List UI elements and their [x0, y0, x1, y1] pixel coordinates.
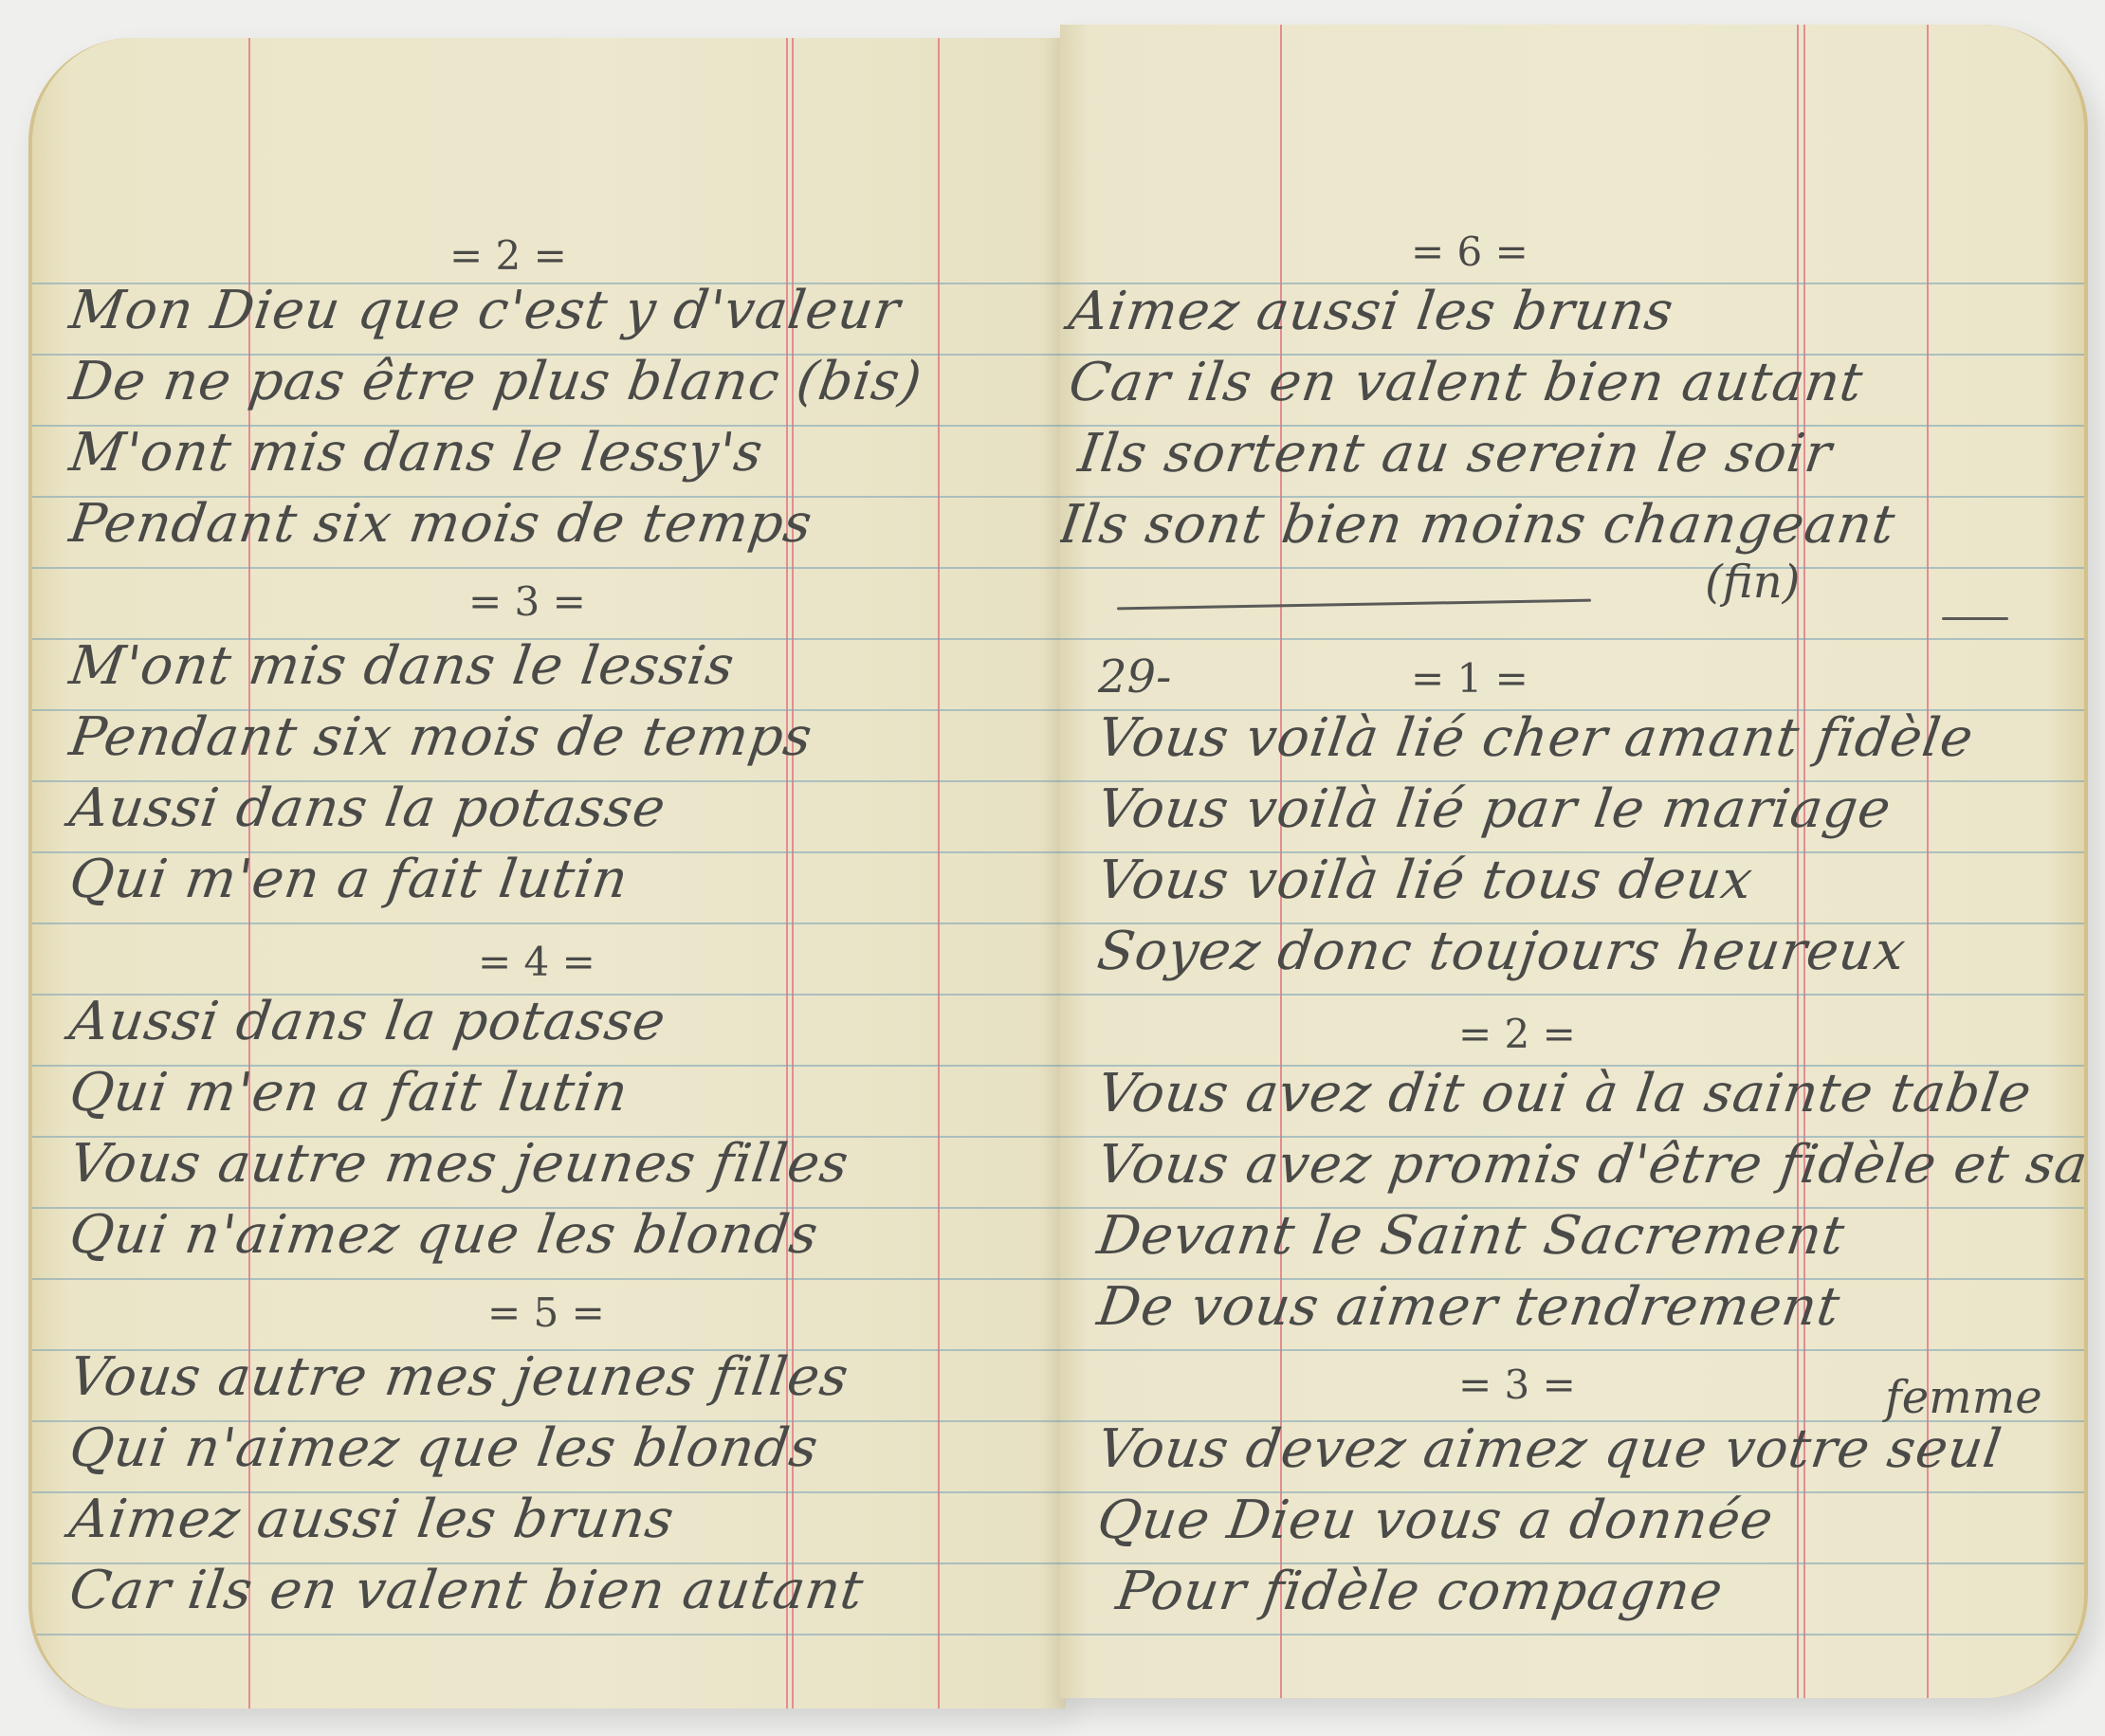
- verse-line: Qui n'aimez que les blonds: [65, 1417, 822, 1479]
- verse-line: Mon Dieu que c'est y d'valeur: [65, 280, 904, 341]
- stanza-number: = 6 =: [1411, 228, 1528, 275]
- verse-line: Ils sortent au serein le soir: [1074, 423, 1836, 484]
- ruled-line: [32, 567, 1066, 569]
- verse-line: Aimez aussi les bruns: [65, 1489, 678, 1550]
- stanza-number: = 5 =: [487, 1289, 605, 1336]
- verse-line: M'ont mis dans le lessis: [65, 635, 738, 697]
- verse-line: Vous autre mes jeunes filles: [65, 1133, 852, 1195]
- verse-line: M'ont mis dans le lessy's: [65, 422, 766, 484]
- stanza-number: = 3 =: [468, 578, 586, 625]
- ruled-line: [1060, 994, 2084, 996]
- verse-line: Devant le Saint Sacrement: [1093, 1205, 1848, 1267]
- margin-word: femme: [1885, 1371, 2042, 1424]
- ruled-line: [1060, 638, 2084, 640]
- ruled-line: [32, 1278, 1066, 1280]
- verse-line: Pour fidèle compagne: [1112, 1561, 1727, 1622]
- separator-stroke: [1117, 599, 1591, 611]
- verse-line: Pendant six mois de temps: [65, 493, 816, 555]
- separator-stroke: [1942, 617, 2008, 620]
- verse-line: Pendant six mois de temps: [65, 706, 816, 768]
- stanza-number: = 2 =: [1458, 1011, 1576, 1057]
- margin-line: [938, 38, 940, 1709]
- stanza-number: = 3 =: [1458, 1361, 1576, 1408]
- verse-line: Vous avez promis d'être fidèle et sag: [1093, 1134, 2088, 1196]
- verse-line: Qui m'en a fait lutin: [65, 1062, 631, 1124]
- verse-line: Vous voilà lié tous deux: [1093, 850, 1756, 911]
- right-page: = 6 = Aimez aussi les bruns Car ils en v…: [1060, 25, 2088, 1698]
- ruled-line: [1060, 1349, 2084, 1351]
- verse-line: Soyez donc toujours heureux: [1093, 921, 1910, 982]
- verse-line: Car ils en valent bien autant: [65, 1560, 867, 1621]
- ruled-line: [32, 1634, 1066, 1635]
- end-note: (fin): [1705, 556, 1800, 609]
- verse-line: Vous voilà lié par le mariage: [1093, 778, 1894, 840]
- left-page: = 2 = Mon Dieu que c'est y d'valeur De n…: [28, 38, 1066, 1709]
- verse-line: De vous aimer tendrement: [1093, 1276, 1843, 1338]
- ruled-line: [1060, 567, 2084, 569]
- verse-line: Vous autre mes jeunes filles: [65, 1346, 852, 1408]
- verse-line: Ils sont bien moins changeant: [1060, 494, 1899, 556]
- verse-line: Aussi dans la potasse: [65, 777, 669, 839]
- page-marker: 29-: [1098, 650, 1171, 704]
- ruled-line: [1060, 1634, 2084, 1635]
- verse-line: Aimez aussi les bruns: [1065, 281, 1677, 342]
- verse-line: Qui n'aimez que les blonds: [65, 1204, 822, 1266]
- stanza-number: = 1 =: [1411, 655, 1528, 702]
- verse-line: Vous voilà lié cher amant fidèle: [1093, 707, 1977, 769]
- stanza-number: = 2 =: [449, 232, 567, 279]
- verse-line: Vous devez aimez que votre seul: [1093, 1418, 2005, 1480]
- stanza-number: = 4 =: [478, 939, 595, 985]
- verse-line: De ne pas être plus blanc (bis): [65, 351, 925, 412]
- verse-line: Vous avez dit oui à la sainte table: [1093, 1063, 2035, 1124]
- verse-line: Qui m'en a fait lutin: [65, 849, 631, 910]
- verse-line: Aussi dans la potasse: [65, 991, 669, 1052]
- ruled-line: [32, 923, 1066, 924]
- verse-line: Que Dieu vous a donnée: [1093, 1489, 1777, 1551]
- verse-line: Car ils en valent bien autant: [1065, 352, 1866, 413]
